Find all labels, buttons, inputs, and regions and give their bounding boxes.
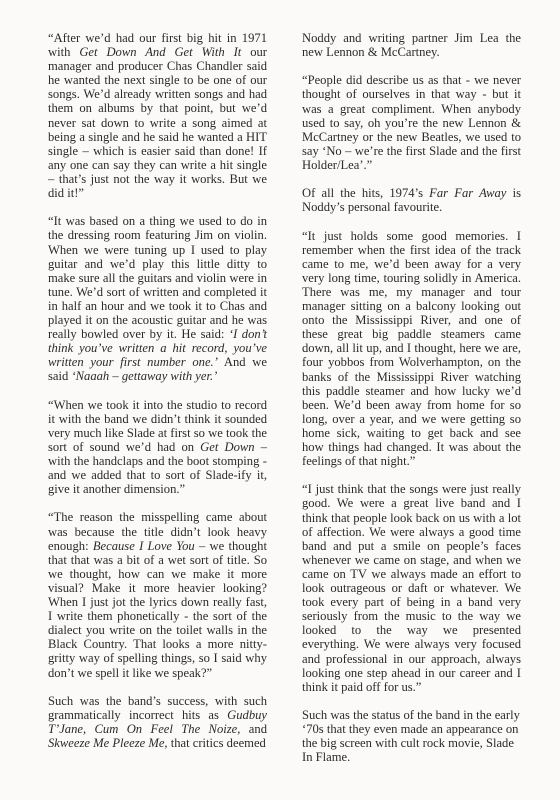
right-column: Noddy and writing partner Jim Lea the ne… (302, 31, 521, 779)
paragraph-lennon-mccartney: Noddy and writing partner Jim Lea the ne… (302, 31, 521, 59)
paragraph-dressing-room-quote: “It was based on a thing we used to do i… (48, 214, 267, 383)
paragraph-misspelling-quote: “The reason the misspelling came about w… (48, 510, 267, 679)
song-title: Get Down (200, 440, 254, 454)
paragraph-hit-single-quote: “After we’d had our first big hit in 197… (48, 31, 267, 200)
band-reply: ‘Naaah – gettaway with yer.’ (71, 369, 217, 383)
song-title: Far Far Away (429, 186, 506, 200)
paragraph-live-band-quote: “I just think that the songs were just r… (302, 482, 521, 693)
paragraph-band-success: Such was the band’s success, with such g… (48, 694, 267, 750)
left-column: “After we’d had our first big hit in 197… (48, 31, 267, 764)
paragraph-first-slade-quote: “People did describe us as that - we nev… (302, 73, 521, 172)
paragraph-slade-in-flame: Such was the status of the band in the e… (302, 708, 521, 764)
song-title: Skweeze Me Pleeze Me, (48, 736, 168, 750)
paragraph-studio-quote: “When we took it into the studio to reco… (48, 398, 267, 497)
paragraph-mississippi-quote: “It just holds some good memories. I rem… (302, 229, 521, 469)
paragraph-favourite: Of all the hits, 1974’s Far Far Away is … (302, 186, 521, 214)
song-title: Get Down And Get With It (79, 45, 241, 59)
song-title: Because I Love You (93, 539, 195, 553)
document-page: “After we’d had our first big hit in 197… (0, 0, 560, 800)
